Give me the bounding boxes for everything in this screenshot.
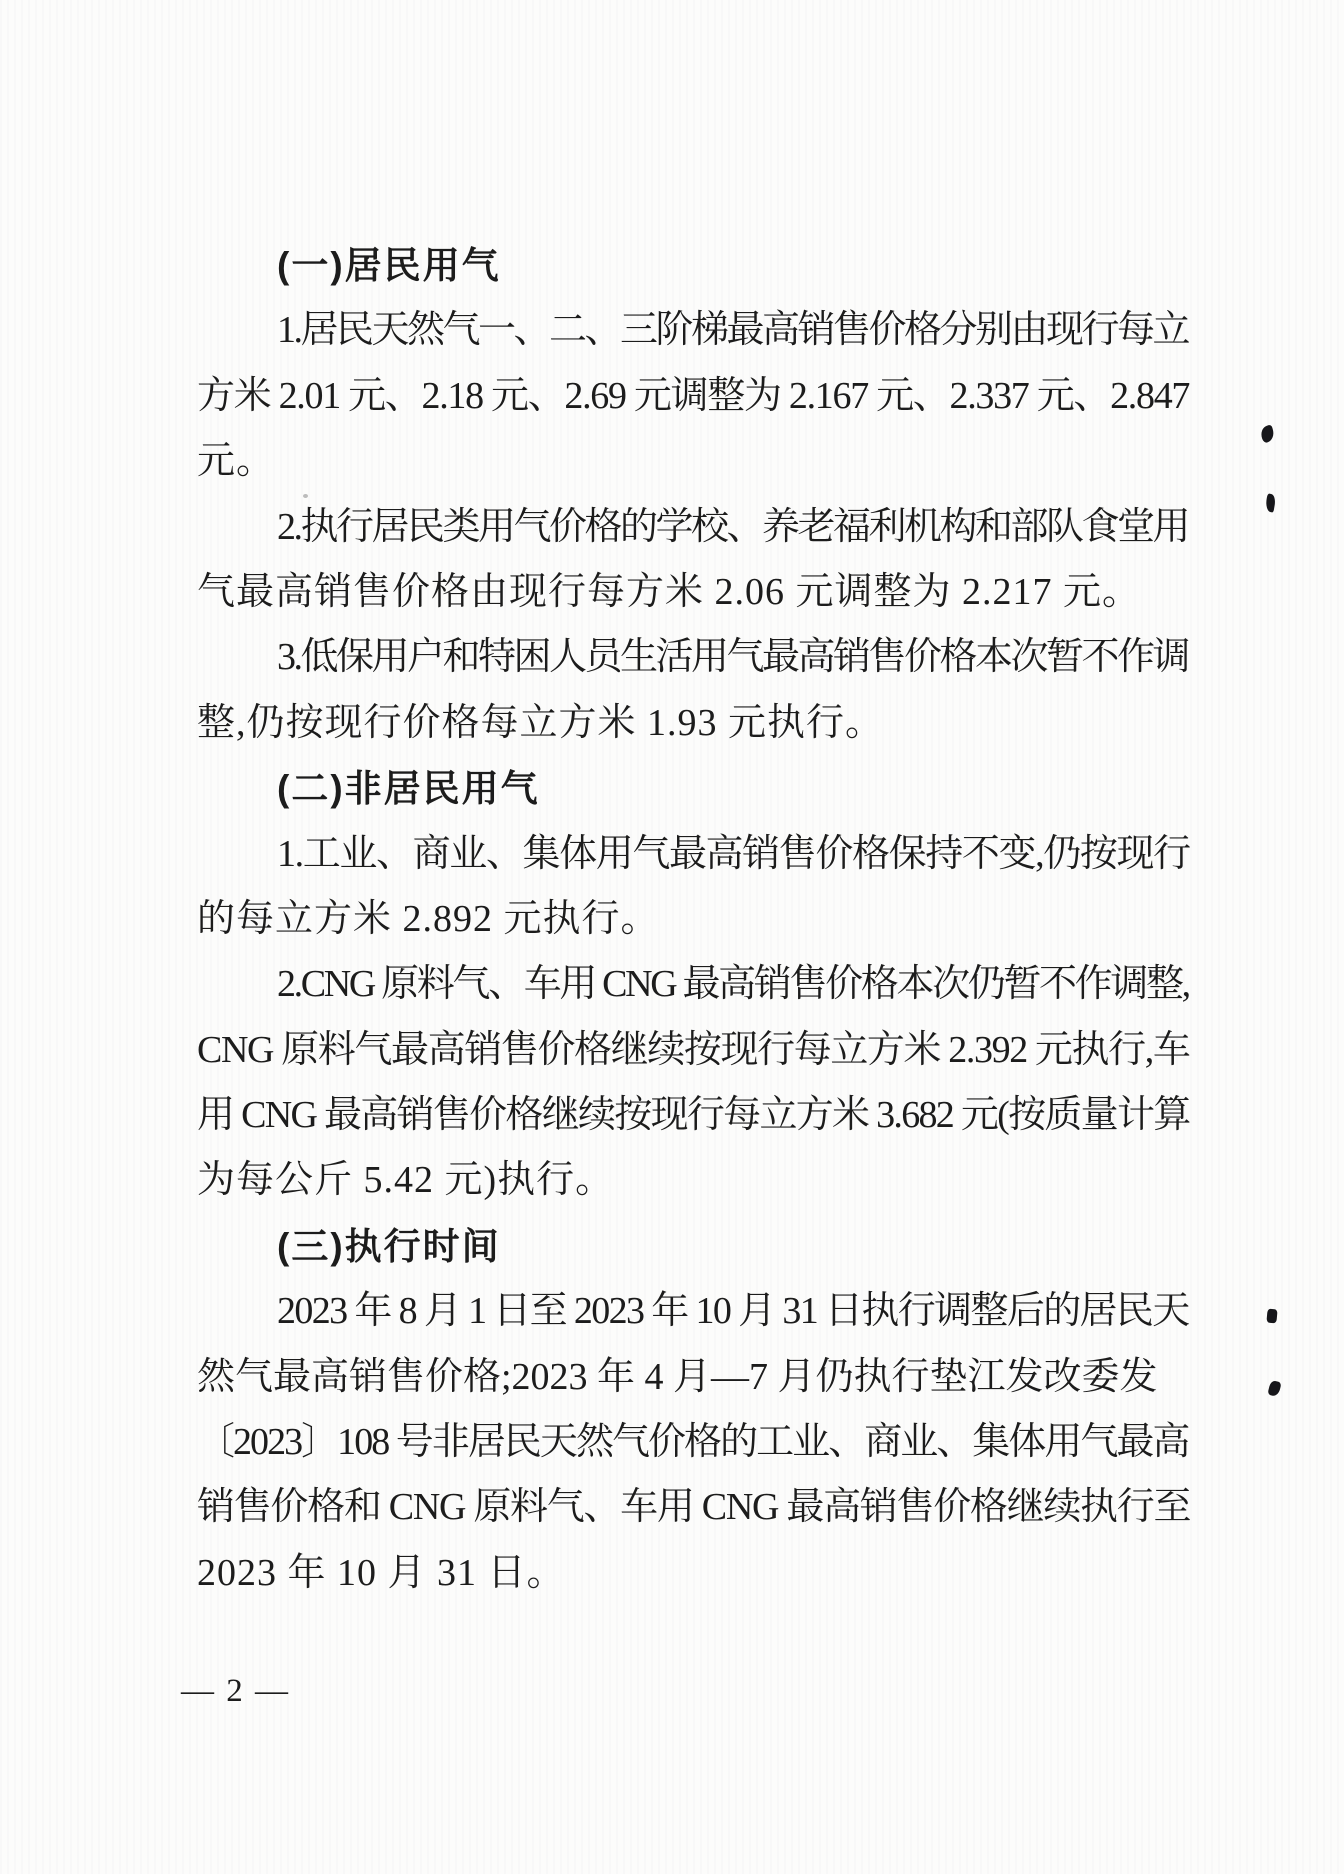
- ink-speck: [1265, 493, 1277, 512]
- faint-dust-speck: [303, 494, 308, 498]
- doc-line: 气最高销售价格由现行每方米 2.06 元调整为 2.217 元。: [197, 560, 1191, 625]
- ink-speck: [1259, 424, 1276, 443]
- doc-line: 的每立方米 2.892 元执行。: [197, 887, 1191, 952]
- doc-line: 2023 年 8 月 1 日至 2023 年 10 月 31 日执行调整后的居民…: [197, 1279, 1189, 1344]
- doc-line: (一)居民用气: [197, 233, 1191, 298]
- ink-speck: [1267, 1380, 1281, 1397]
- ink-speck: [1266, 1309, 1277, 1324]
- doc-line: 1.居民天然气一、二、三阶梯最高销售价格分别由现行每立: [197, 298, 1189, 363]
- doc-line: 用 CNG 最高销售价格继续按现行每立方米 3.682 元(按质量计算: [197, 1083, 1189, 1148]
- doc-line: 为每公斤 5.42 元)执行。: [197, 1148, 1191, 1213]
- doc-line: 整,仍按现行价格每立方米 1.93 元执行。: [197, 691, 1191, 756]
- doc-line: 方米 2.01 元、2.18 元、2.69 元调整为 2.167 元、2.337…: [197, 364, 1190, 429]
- doc-line: 2.CNG 原料气、车用 CNG 最高销售价格本次仍暂不作调整,: [197, 952, 1189, 1017]
- doc-line: 然气最高销售价格;2023 年 4 月—7 月仍执行垫江发改委发: [197, 1345, 1191, 1410]
- page-number: — 2 —: [181, 1670, 290, 1712]
- doc-line: (三)执行时间: [197, 1214, 1191, 1279]
- doc-line: 销售价格和 CNG 原料气、车用 CNG 最高销售价格继续执行至: [197, 1475, 1190, 1540]
- doc-line: 〔2023〕108 号非居民天然气价格的工业、商业、集体用气最高: [197, 1410, 1189, 1475]
- doc-line: 2.执行居民类用气价格的学校、养老福利机构和部队食堂用: [197, 495, 1189, 560]
- doc-line: 元。: [197, 429, 1191, 494]
- scanned-document-page: (一)居民用气1.居民天然气一、二、三阶梯最高销售价格分别由现行每立方米 2.0…: [0, 0, 1344, 1874]
- doc-line: 1.工业、商业、集体用气最高销售价格保持不变,仍按现行: [197, 822, 1190, 887]
- doc-line: (二)非居民用气: [197, 756, 1191, 821]
- doc-line: 2023 年 10 月 31 日。: [197, 1541, 1191, 1606]
- document-body: (一)居民用气1.居民天然气一、二、三阶梯最高销售价格分别由现行每立方米 2.0…: [197, 233, 1191, 1606]
- doc-line: CNG 原料气最高销售价格继续按现行每立方米 2.392 元执行,车: [197, 1018, 1190, 1083]
- doc-line: 3.低保用户和特困人员生活用气最高销售价格本次暂不作调: [197, 625, 1189, 690]
